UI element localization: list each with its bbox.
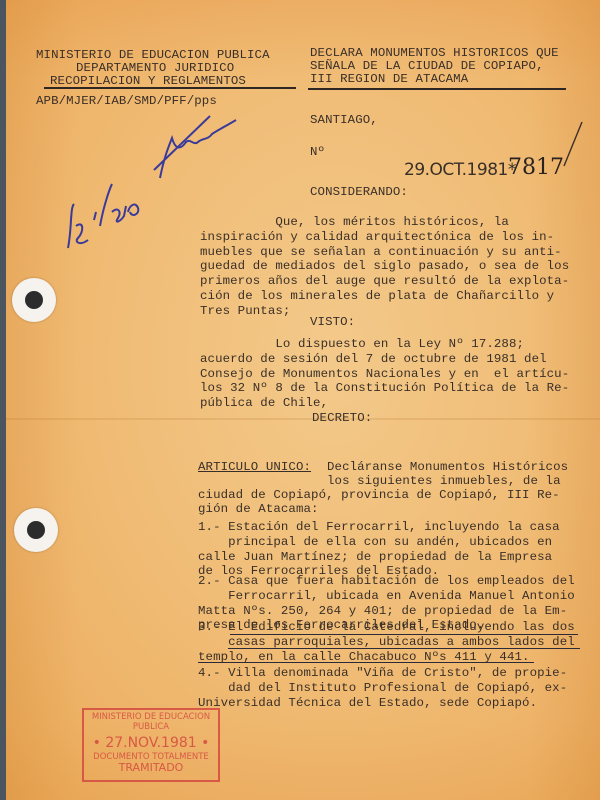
considerando-line: ción de los minerales de plata de Chañar… bbox=[200, 289, 569, 304]
visto-line: Lo dispuesto en la Ley Nº 17.288; bbox=[200, 337, 569, 352]
subject-line-3: III REGION DE ATACAMA bbox=[310, 72, 468, 87]
processed-stamp: MINISTERIO DE EDUCACION PUBLICA • 27.NOV… bbox=[82, 708, 220, 782]
stamp-date: • 27.NOV.1981 • bbox=[84, 734, 218, 752]
underline-item3-a bbox=[230, 634, 578, 635]
underline-item3-c bbox=[198, 662, 534, 663]
punch-hole-top bbox=[12, 278, 56, 322]
visto-line: Consejo de Monumentos Nacionales y en el… bbox=[200, 367, 569, 382]
stamp-ministry: MINISTERIO DE EDUCACION bbox=[84, 712, 218, 722]
item-line: 4.- Villa denominada "Viña de Cristo", d… bbox=[198, 666, 567, 681]
considerando-body: Que, los méritos históricos, la inspirac… bbox=[200, 215, 569, 319]
considerando-heading: CONSIDERANDO: bbox=[310, 185, 408, 200]
item-line: 3.- El Edificio de la Catedral, incluyen… bbox=[198, 620, 575, 635]
item-line: 2.- Casa que fuera habitación de los emp… bbox=[198, 574, 575, 589]
check-mark-icon bbox=[560, 120, 590, 170]
item-line: principal de ella con su andén, ubicados… bbox=[198, 535, 560, 550]
considerando-line: inspiración y calidad arquitectónica de … bbox=[200, 230, 569, 245]
visto-body: Lo dispuesto en la Ley Nº 17.288; acuerd… bbox=[200, 337, 569, 411]
item-line: Universidad Técnica del Estado, sede Cop… bbox=[198, 696, 567, 711]
punch-hole-bottom bbox=[14, 508, 58, 552]
list-item-3: 3.- El Edificio de la Catedral, incluyen… bbox=[198, 620, 575, 664]
article-line: gión de Atacama: bbox=[198, 502, 319, 517]
header-right-rule bbox=[308, 88, 566, 90]
stamp-ministry-2: PUBLICA bbox=[84, 722, 218, 732]
header-left-rule bbox=[44, 87, 296, 89]
article-line: ciudad de Copiapó, provincia de Copiapó,… bbox=[198, 488, 560, 503]
date-stamp: 29.OCT.1981* bbox=[404, 160, 516, 180]
item-line: 1.- Estación del Ferrocarril, incluyendo… bbox=[198, 520, 560, 535]
considerando-line: Que, los méritos históricos, la bbox=[200, 215, 569, 230]
article-label: ARTICULO UNICO: bbox=[198, 460, 311, 475]
considerando-line: primeros años del auge que resultó de la… bbox=[200, 274, 569, 289]
number-label: Nº bbox=[310, 145, 325, 160]
item-line: calle Juan Martínez; de propiedad de la … bbox=[198, 550, 560, 565]
list-item-1: 1.- Estación del Ferrocarril, incluyendo… bbox=[198, 520, 560, 579]
item-line: Matta Nºs. 250, 264 y 401; de propiedad … bbox=[198, 604, 575, 619]
visto-line: acuerdo de sesión del 7 de octubre de 19… bbox=[200, 352, 569, 367]
visto-line: los 32 Nº 8 de la Constitución Política … bbox=[200, 381, 569, 396]
item-line: Ferrocarril, ubicada en Avenida Manuel A… bbox=[198, 589, 575, 604]
paper-fold bbox=[6, 418, 600, 420]
article-line: los siguientes inmuebles, de la bbox=[327, 474, 561, 489]
decree-number: 7817 bbox=[508, 155, 564, 180]
visto-heading: VISTO: bbox=[310, 315, 355, 330]
item-line: dad del Instituto Profesional de Copiapó… bbox=[198, 681, 567, 696]
article-line: Decláranse Monumentos Históricos bbox=[327, 460, 568, 475]
place-label: SANTIAGO, bbox=[310, 113, 378, 128]
list-item-4: 4.- Villa denominada "Viña de Cristo", d… bbox=[198, 666, 567, 710]
considerando-line: guedad de mediados del siglo pasado, o s… bbox=[200, 259, 569, 274]
stamp-status-2: TRAMITADO bbox=[84, 762, 218, 774]
visto-line: pública de Chile, bbox=[200, 396, 569, 411]
considerando-line: muebles que se señalan a continuación y … bbox=[200, 245, 569, 260]
reference-code: APB/MJER/IAB/SMD/PFF/pps bbox=[36, 94, 217, 109]
decreto-heading: DECRETO: bbox=[312, 411, 372, 426]
underline-item3-b bbox=[228, 648, 580, 649]
considerando-line: Tres Puntas; bbox=[200, 304, 569, 319]
